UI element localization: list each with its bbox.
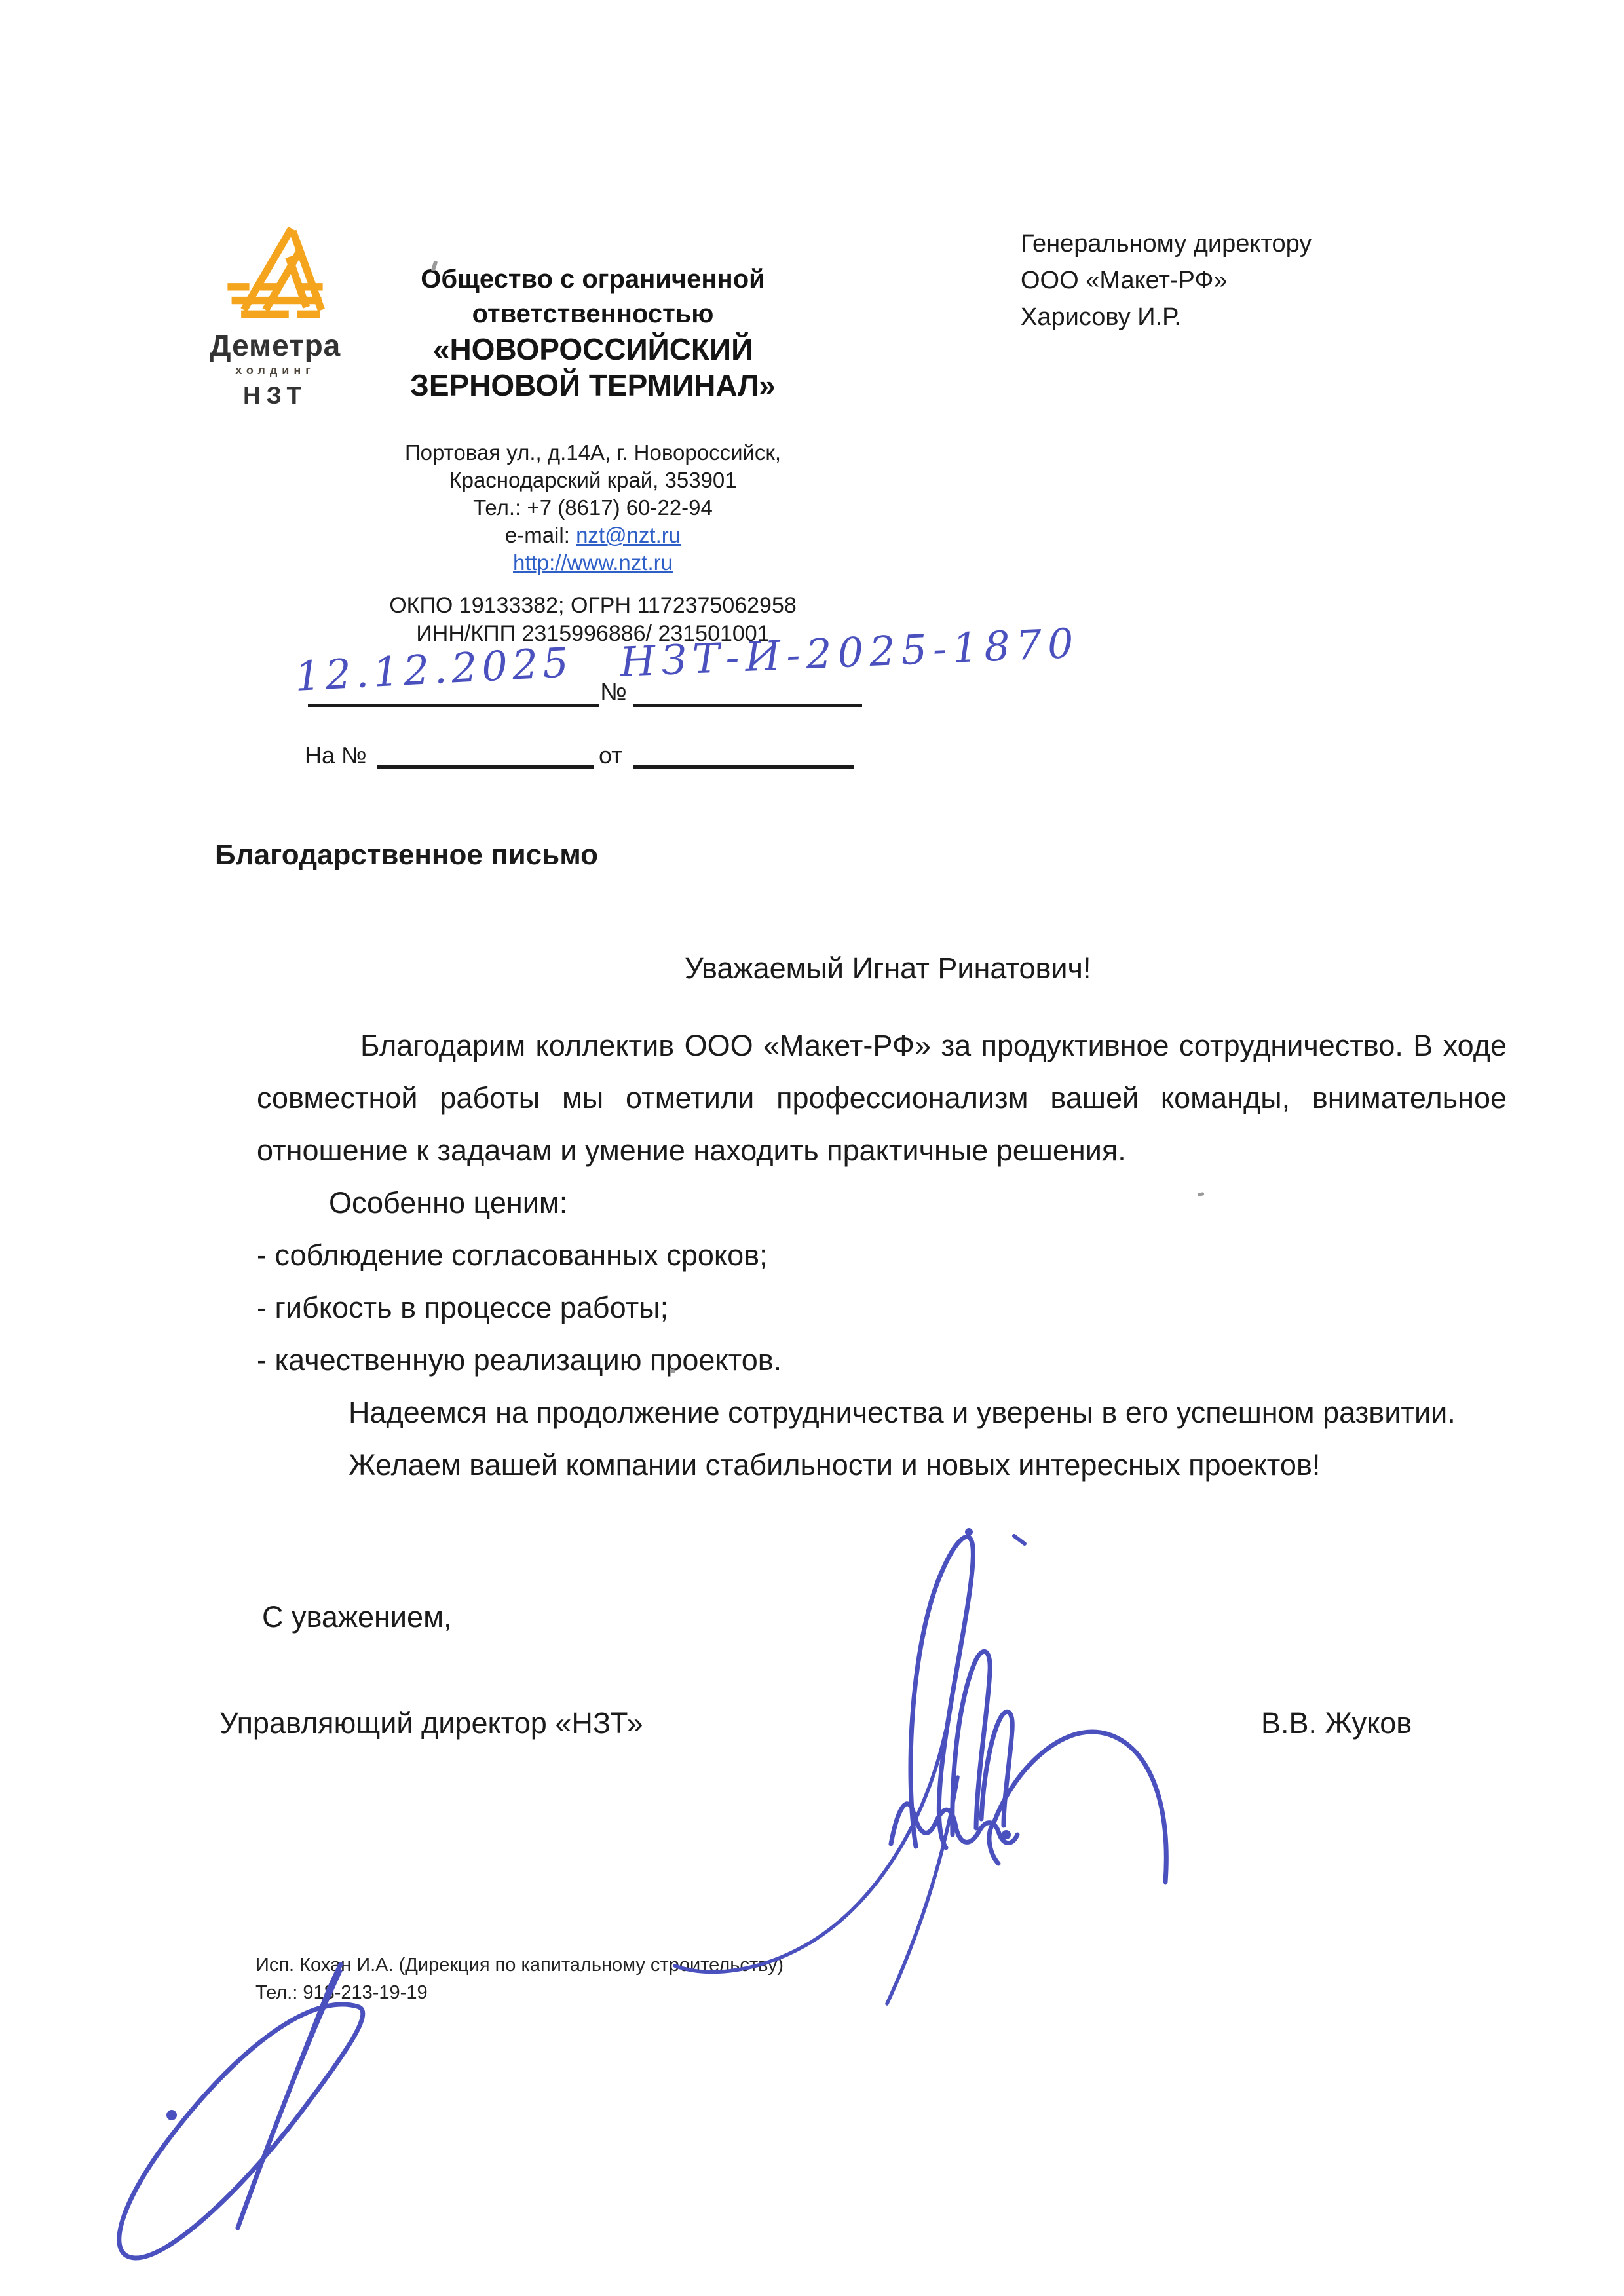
salutation: Уважаемый Игнат Ринатович! bbox=[685, 951, 1091, 985]
recipient-line: Харисову И.Р. bbox=[1021, 299, 1312, 335]
body-line: совместной работы мы отметили профессион… bbox=[257, 1072, 1507, 1124]
letter-title: Благодарственное письмо bbox=[215, 839, 598, 871]
company-name-line: ЗЕРНОВОЙ ТЕРМИНАЛ» bbox=[354, 368, 832, 404]
scan-speck bbox=[670, 1369, 675, 1373]
company-name-line: ответственностью bbox=[354, 297, 832, 332]
logo-unit-text: НЗТ bbox=[197, 382, 354, 410]
company-name-block: Общество с ограниченной ответственностью… bbox=[354, 262, 832, 404]
reply-number-underline bbox=[377, 765, 594, 769]
recipient-line: ООО «Макет-РФ» bbox=[1021, 262, 1312, 299]
executor-phone: Тел.: 918-213-19-19 bbox=[255, 1979, 784, 2006]
reply-date-underline bbox=[633, 765, 854, 769]
address-line: Портовая ул., д.14А, г. Новороссийск, bbox=[354, 439, 832, 467]
reply-to-label: На № bbox=[305, 742, 367, 769]
closing-line: Желаем вашей компании стабильности и нов… bbox=[257, 1439, 1507, 1491]
signer-title: Управляющий директор «НЗТ» bbox=[219, 1706, 643, 1740]
bottom-left-scribble bbox=[119, 1964, 363, 2258]
director-signature bbox=[675, 1528, 1166, 2004]
regards-line: С уважением, bbox=[262, 1600, 452, 1634]
recipient-block: Генеральному директору ООО «Макет-РФ» Ха… bbox=[1021, 225, 1312, 335]
demetra-logo: Деметра холдинг НЗТ bbox=[197, 220, 354, 410]
logo-brand-text: Деметра bbox=[197, 328, 354, 363]
phone-line: Тел.: +7 (8617) 60-22-94 bbox=[354, 494, 832, 522]
executor-line: Исп. Кохан И.А. (Дирекция по капитальном… bbox=[255, 1951, 784, 1979]
website-line: http://www.nzt.ru bbox=[354, 549, 832, 577]
reply-from-label: от bbox=[599, 742, 622, 769]
bullet-item: - гибкость в процессе работы; bbox=[257, 1282, 1507, 1334]
logo-holding-text: холдинг bbox=[197, 364, 354, 377]
recipient-line: Генеральному директору bbox=[1021, 225, 1312, 262]
body-line: отношение к задачам и умение находить пр… bbox=[257, 1124, 1507, 1177]
bullet-item: - соблюдение согласованных сроков; bbox=[257, 1229, 1507, 1282]
website-link[interactable]: http://www.nzt.ru bbox=[513, 550, 673, 575]
letter-body: Благодарим коллектив ООО «Макет-РФ» за п… bbox=[257, 1020, 1507, 1491]
emphasis-intro: Особенно ценим: bbox=[257, 1177, 1507, 1229]
body-line: Благодарим коллектив ООО «Макет-РФ» за п… bbox=[257, 1020, 1507, 1072]
address-line: Краснодарский край, 353901 bbox=[354, 467, 832, 494]
closing-line: Надеемся на продолжение сотрудничества и… bbox=[257, 1387, 1507, 1439]
registration-line: ОКПО 19133382; ОГРН 1172375062958 bbox=[288, 592, 897, 620]
email-line: e-mail: nzt@nzt.ru bbox=[354, 522, 832, 549]
date-underline bbox=[308, 704, 599, 707]
address-block: Портовая ул., д.14А, г. Новороссийск, Кр… bbox=[354, 439, 832, 577]
scanned-letter-page: Деметра холдинг НЗТ Общество с ограничен… bbox=[0, 0, 1624, 2296]
company-name-line: «НОВОРОССИЙСКИЙ bbox=[354, 332, 832, 368]
email-label: e-mail: bbox=[505, 523, 570, 547]
number-underline bbox=[633, 704, 862, 707]
executor-block: Исп. Кохан И.А. (Дирекция по капитальном… bbox=[255, 1951, 784, 2006]
email-link[interactable]: nzt@nzt.ru bbox=[576, 523, 681, 547]
company-name-line: Общество с ограниченной bbox=[354, 262, 832, 297]
signer-name: В.В. Жуков bbox=[1261, 1706, 1412, 1740]
bullet-item: - качественную реализацию проектов. bbox=[257, 1334, 1507, 1387]
demetra-logo-mark bbox=[221, 220, 330, 325]
